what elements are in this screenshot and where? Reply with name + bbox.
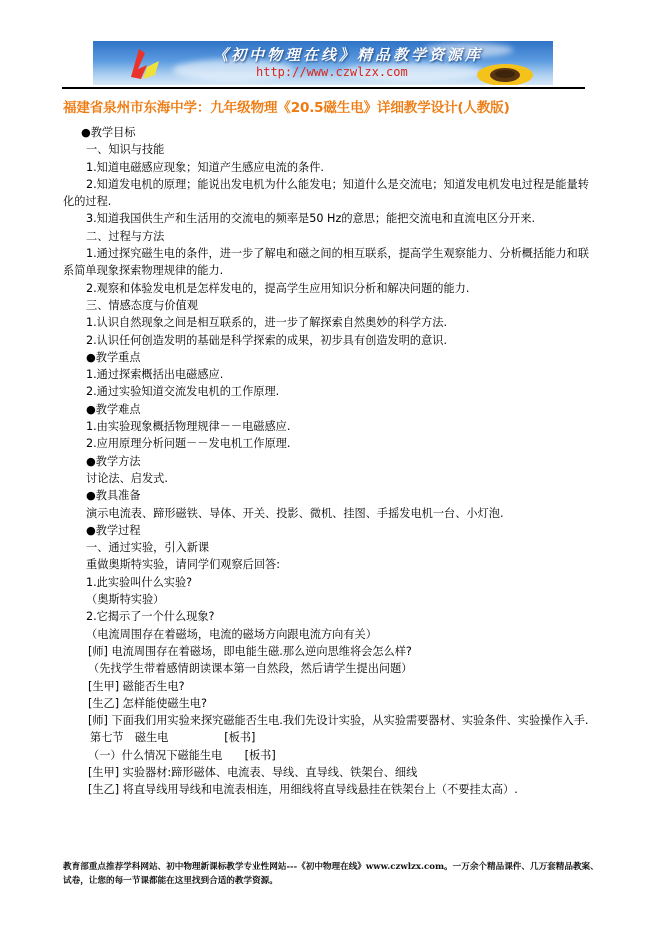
banner-url[interactable]: http://www.czwlzx.com <box>256 65 408 79</box>
paragraph: 2.知道发电机的原理；能说出发电机为什么能发电；知道什么是交流电；知道发电机发电… <box>63 176 593 211</box>
section-heading: ●教学重点 <box>63 349 593 366</box>
paragraph: 讨论法、启发式. <box>63 470 593 487</box>
paragraph: （先找学生带着感情朗读课本第一自然段，然后请学生提出问题） <box>63 660 593 677</box>
paragraph: 1.认识自然现象之间是相互联系的，进一步了解探索自然奥妙的科学方法. <box>63 314 593 331</box>
header-banner: 《初中物理在线》精品教学资源库 http://www.czwlzx.com <box>93 41 553 85</box>
section-heading: ●教具准备 <box>63 487 593 504</box>
header-divider <box>62 87 585 89</box>
question: 1.此实验叫什么实验? <box>63 574 593 591</box>
dialogue-teacher: [师] 电流周围存在着磁场，即电能生磁.那么逆向思维将会怎么样? <box>63 643 593 660</box>
subsection-heading: 一、通过实验，引入新课 <box>63 539 593 556</box>
paragraph: 1.通过探索概括出电磁感应. <box>63 366 593 383</box>
paragraph: 3.知道我国供生产和生活用的交流电的频率是50 Hz的意思；能把交流电和直流电区… <box>63 210 593 227</box>
paragraph: 1.知道电磁感应现象；知道产生感应电流的条件. <box>63 159 593 176</box>
sunflower-icon <box>475 53 535 85</box>
paragraph: 1.通过探究磁生电的条件，进一步了解电和磁之间的相互联系，提高学生观察能力、分析… <box>63 245 593 280</box>
board-subheading: （一）什么情况下磁能生电 [板书] <box>63 747 593 764</box>
section-heading: ●教学难点 <box>63 401 593 418</box>
paragraph: 2.观察和体验发电机是怎样发电的，提高学生应用知识分析和解决问题的能力. <box>63 280 593 297</box>
paragraph: 2.通过实验知道交流发电机的工作原理. <box>63 383 593 400</box>
dialogue-student: [生甲] 实验器材:蹄形磁体、电流表、导线、直导线、铁架台、细线 <box>63 764 593 781</box>
dialogue-student: [生乙] 怎样能使磁生电? <box>63 695 593 712</box>
page-footer: 教育部重点推荐学科网站、初中物理新课标教学专业性网站---《初中物理在线》www… <box>63 860 603 888</box>
subsection-heading: 二、过程与方法 <box>63 228 593 245</box>
section-heading: ●教学目标 <box>63 124 593 141</box>
paragraph: 演示电流表、蹄形磁铁、导体、开关、投影、微机、挂图、手摇发电机一台、小灯泡. <box>63 505 593 522</box>
paragraph: 重做奥斯特实验，请同学们观察后回答: <box>63 556 593 573</box>
answer: （电流周围存在着磁场，电流的磁场方向跟电流方向有关） <box>63 626 593 643</box>
subsection-heading: 三、情感态度与价值观 <box>63 297 593 314</box>
dialogue-teacher: [师] 下面我们用实验来探究磁能否生电.我们先设计实验，从实验需要器材、实验条件… <box>63 712 593 729</box>
document-title: 福建省泉州市东海中学：九年级物理《20.5磁生电》详细教学设计(人教版) <box>63 96 603 116</box>
subsection-heading: 一、知识与技能 <box>63 141 593 158</box>
dialogue-student: [生甲] 磁能否生电? <box>63 678 593 695</box>
question: 2.它揭示了一个什么现象? <box>63 608 593 625</box>
site-logo-icon <box>125 47 165 81</box>
paragraph: 2.应用原理分析问题－－发电机工作原理. <box>63 435 593 452</box>
paragraph: 2.认识任何创造发明的基础是科学探索的成果，初步具有创造发明的意识. <box>63 332 593 349</box>
answer: （奥斯特实验） <box>63 591 593 608</box>
board-heading: 第七节 磁生电 [板书] <box>63 729 593 746</box>
paragraph: 1.由实验现象概括物理规律－－电磁感应. <box>63 418 593 435</box>
banner-title: 《初中物理在线》精品教学资源库 <box>213 44 483 65</box>
section-heading: ●教学过程 <box>63 522 593 539</box>
document-body: ●教学目标 一、知识与技能 1.知道电磁感应现象；知道产生感应电流的条件. 2.… <box>63 124 593 799</box>
dialogue-student: [生乙] 将直导线用导线和电流表相连，用细线将直导线悬挂在铁架台上（不要挂太高）… <box>63 781 593 798</box>
section-heading: ●教学方法 <box>63 453 593 470</box>
